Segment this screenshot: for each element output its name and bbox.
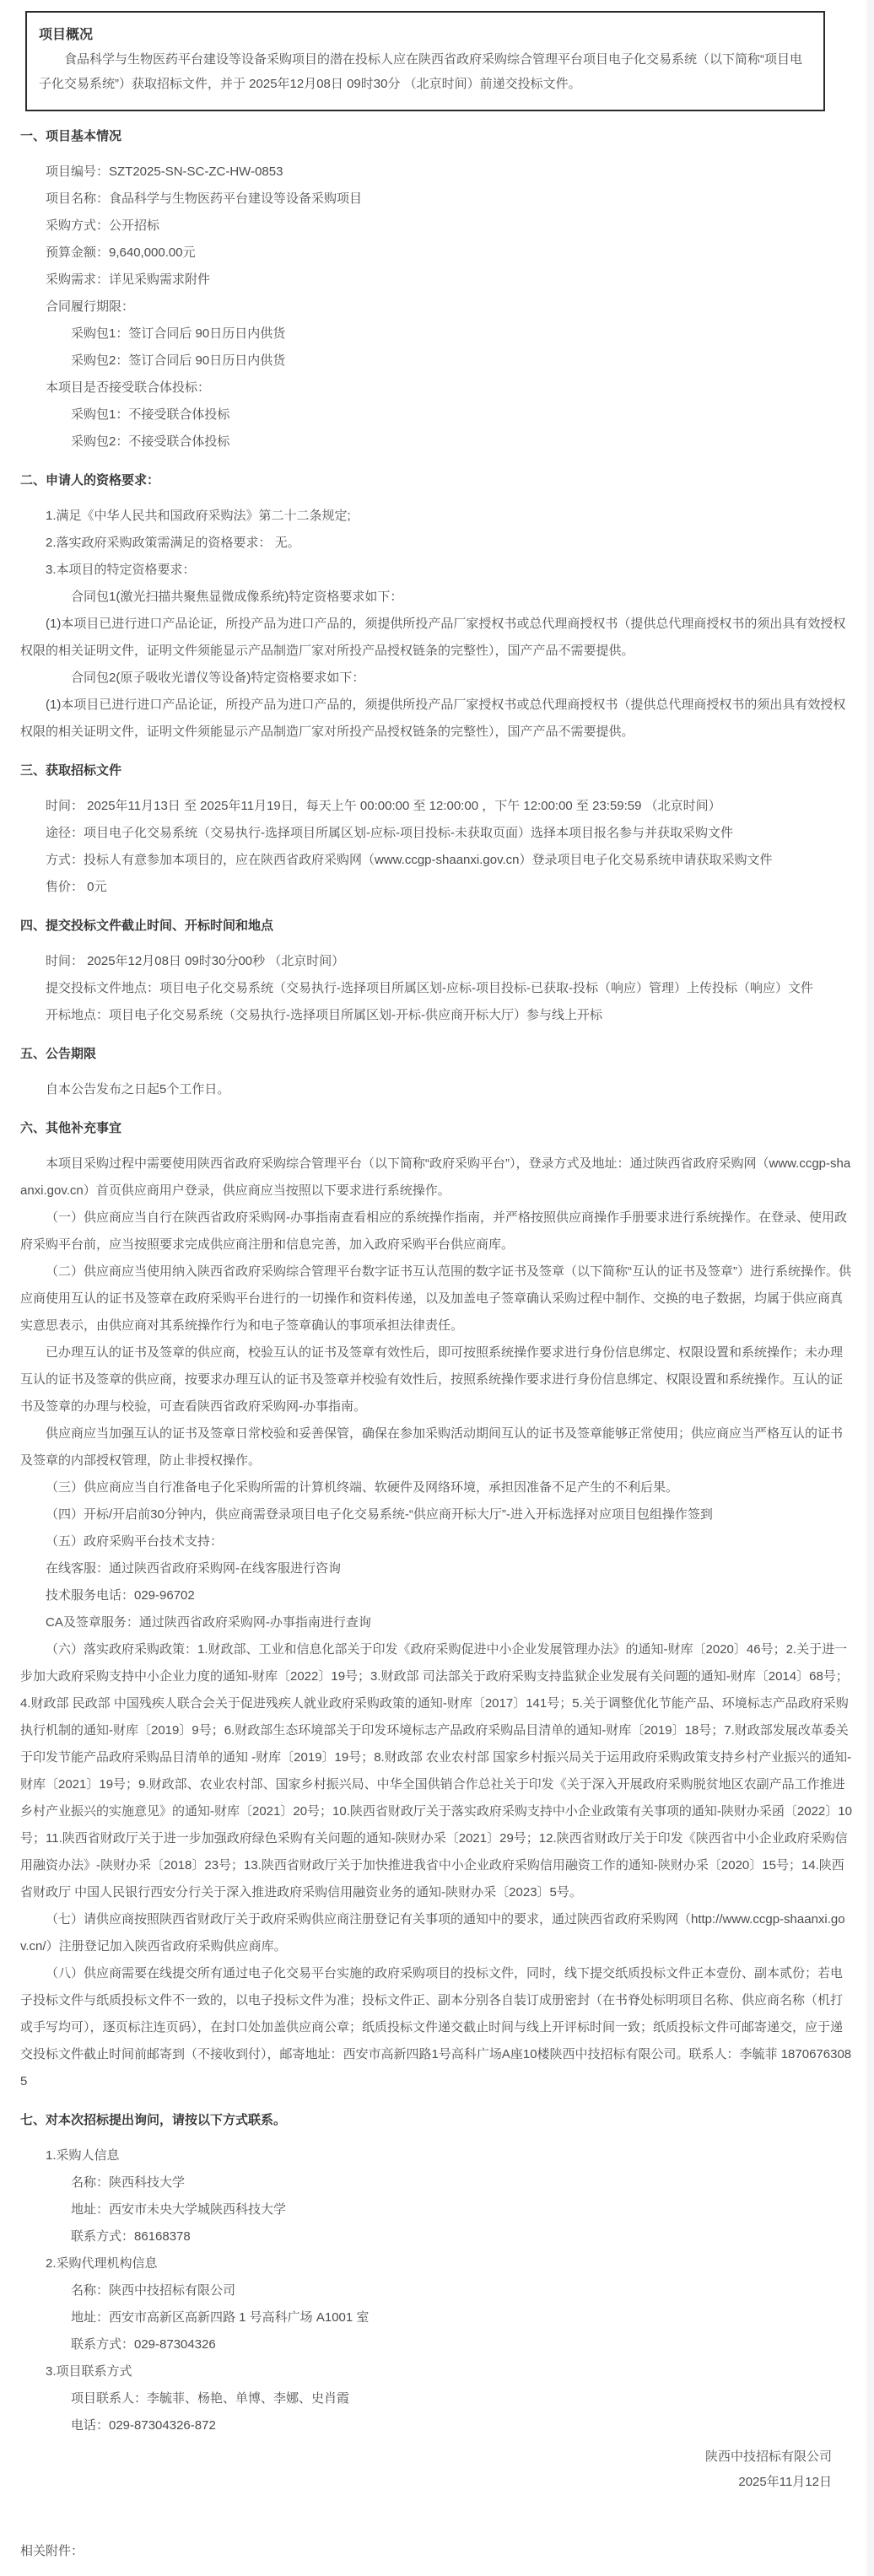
doc-line: 途径：项目电子化交易系统（交易执行-选择项目所属区划-应标-项目投标-未获取页面…	[20, 820, 852, 847]
section-lines: 1.采购人信息名称：陕西科技大学地址：西安市未央大学城陕西科技大学联系方式：86…	[20, 2142, 852, 2439]
doc-line: （七）请供应商按照陕西省财政厅关于政府采购供应商注册登记有关事项的通知中的要求，…	[20, 1906, 852, 1960]
doc-line: 供应商应当加强互认的证书及签章日常校验和妥善保管，确保在参加采购活动期间互认的证…	[20, 1420, 852, 1474]
section-basic-info: 一、项目基本情况 项目编号：SZT2025-SN-SC-ZC-HW-0853项目…	[20, 123, 852, 455]
doc-line: 售价： 0元	[20, 874, 852, 901]
overview-body: 食品科学与生物医药平台建设等设备采购项目的潜在投标人应在陕西省政府采购综合管理平…	[39, 47, 810, 96]
doc-line: 1.采购人信息	[20, 2142, 852, 2169]
doc-line: 已办理互认的证书及签章的供应商，校验互认的证书及签章有效性后，即可按照系统操作要…	[20, 1339, 852, 1420]
doc-line: 开标地点：项目电子化交易系统（交易执行-选择项目所属区划-开标-供应商开标大厅）…	[20, 1002, 852, 1029]
doc-line: 3.本项目的特定资格要求：	[20, 557, 852, 584]
doc-line: 本项目是否接受联合体投标：	[20, 375, 852, 401]
doc-line: （四）开标/开启前30分钟内，供应商需登录项目电子化交易系统-“供应商开标大厅”…	[20, 1501, 852, 1528]
signing-agency: 陕西中技招标有限公司	[20, 2444, 852, 2470]
section-lines: 项目编号：SZT2025-SN-SC-ZC-HW-0853项目名称：食品科学与生…	[20, 159, 852, 455]
doc-line: 地址：西安市高新区高新四路 1 号高科广场 A1001 室	[20, 2304, 852, 2331]
doc-line: 本项目采购过程中需要使用陕西省政府采购综合管理平台（以下简称“政府采购平台”），…	[20, 1151, 852, 1204]
section-lines: 1.满足《中华人民共和国政府采购法》第二十二条规定;2.落实政府采购政策需满足的…	[20, 503, 852, 746]
section-heading: 六、其他补充事宜	[20, 1115, 852, 1142]
doc-line: 名称：陕西科技大学	[20, 2169, 852, 2196]
section-announcement-period: 五、公告期限 自本公告发布之日起5个工作日。	[20, 1041, 852, 1103]
doc-line: （五）政府采购平台技术支持：	[20, 1528, 852, 1555]
doc-line: (1)本项目已进行进口产品论证，所投产品为进口产品的，须提供所投产品厂家授权书或…	[20, 692, 852, 746]
doc-line: CA及签章服务：通过陕西省政府采购网-办事指南进行查询	[20, 1609, 852, 1636]
section-heading: 二、申请人的资格要求：	[20, 467, 852, 494]
doc-line: 采购包1：不接受联合体投标	[20, 401, 852, 428]
doc-line: 自本公告发布之日起5个工作日。	[20, 1076, 852, 1103]
doc-line: 3.项目联系方式	[20, 2358, 852, 2385]
doc-line: 在线客服：通过陕西省政府采购网-在线客服进行咨询	[20, 1555, 852, 1582]
section-deadline-opening: 四、提交投标文件截止时间、开标时间和地点 时间： 2025年12月08日 09时…	[20, 913, 852, 1029]
section-lines: 时间： 2025年12月08日 09时30分00秒 （北京时间）提交投标文件地点…	[20, 948, 852, 1029]
tender-notice-page: 项目概况 食品科学与生物医药平台建设等设备采购项目的潜在投标人应在陕西省政府采购…	[0, 0, 874, 2576]
document-content: 项目概况 食品科学与生物医药平台建设等设备采购项目的潜在投标人应在陕西省政府采购…	[0, 0, 874, 2576]
doc-line: 采购包1：签订合同后 90日历日内供货	[20, 321, 852, 348]
doc-line: 地址：西安市未央大学城陕西科技大学	[20, 2196, 852, 2223]
signature-block: 陕西中技招标有限公司 2025年11月12日	[20, 2444, 852, 2495]
doc-line: 时间： 2025年11月13日 至 2025年11月19日，每天上午 00:00…	[20, 793, 852, 820]
doc-line: 技术服务电话：029-96702	[20, 1582, 852, 1609]
doc-line: 名称：陕西中技招标有限公司	[20, 2277, 852, 2304]
section-lines: 自本公告发布之日起5个工作日。	[20, 1076, 852, 1103]
section-other-matters: 六、其他补充事宜 本项目采购过程中需要使用陕西省政府采购综合管理平台（以下简称“…	[20, 1115, 852, 2095]
section-heading: 四、提交投标文件截止时间、开标时间和地点	[20, 913, 852, 940]
doc-line: （三）供应商应当自行准备电子化采购所需的计算机终端、软硬件及网络环境，承担因准备…	[20, 1474, 852, 1501]
doc-line: （一）供应商应当自行在陕西省政府采购网-办事指南查看相应的系统操作指南，并严格按…	[20, 1204, 852, 1258]
doc-line: 方式：投标人有意参加本项目的，应在陕西省政府采购网（www.ccgp-shaan…	[20, 847, 852, 874]
doc-line: (1)本项目已进行进口产品论证，所投产品为进口产品的，须提供所投产品厂家授权书或…	[20, 611, 852, 665]
doc-line: 2.落实政府采购政策需满足的资格要求： 无。	[20, 530, 852, 557]
doc-line: 项目名称：食品科学与生物医药平台建设等设备采购项目	[20, 186, 852, 213]
doc-line: 联系方式：029-87304326	[20, 2331, 852, 2358]
overview-title: 项目概况	[39, 23, 810, 47]
section-obtain-documents: 三、获取招标文件 时间： 2025年11月13日 至 2025年11月19日，每…	[20, 757, 852, 901]
doc-line: 提交投标文件地点：项目电子化交易系统（交易执行-选择项目所属区划-应标-项目投标…	[20, 975, 852, 1002]
section-heading: 五、公告期限	[20, 1041, 852, 1068]
scrollbar-track[interactable]	[866, 0, 874, 2576]
doc-line: 采购方式：公开招标	[20, 213, 852, 240]
doc-line: 采购包2：签订合同后 90日历日内供货	[20, 348, 852, 375]
doc-line: 预算金额：9,640,000.00元	[20, 240, 852, 267]
doc-line: 联系方式：86168378	[20, 2223, 852, 2250]
doc-line: 合同履行期限：	[20, 294, 852, 321]
doc-line: 电话：029-87304326-872	[20, 2412, 852, 2439]
doc-line: 时间： 2025年12月08日 09时30分00秒 （北京时间）	[20, 948, 852, 975]
doc-line: 项目联系人：李毓菲、杨艳、单博、李娜、史肖霞	[20, 2385, 852, 2412]
doc-line: 项目编号：SZT2025-SN-SC-ZC-HW-0853	[20, 159, 852, 186]
doc-line: 采购需求：详见采购需求附件	[20, 267, 852, 294]
attachments-label: 相关附件：	[20, 2542, 852, 2561]
section-heading: 三、获取招标文件	[20, 757, 852, 784]
section-lines: 本项目采购过程中需要使用陕西省政府采购综合管理平台（以下简称“政府采购平台”），…	[20, 1151, 852, 2095]
signing-date: 2025年11月12日	[20, 2470, 852, 2495]
project-overview-box: 项目概况 食品科学与生物医药平台建设等设备采购项目的潜在投标人应在陕西省政府采购…	[25, 11, 825, 111]
section-heading: 七、对本次招标提出询问，请按以下方式联系。	[20, 2107, 852, 2134]
section-qualification: 二、申请人的资格要求： 1.满足《中华人民共和国政府采购法》第二十二条规定;2.…	[20, 467, 852, 746]
section-lines: 时间： 2025年11月13日 至 2025年11月19日，每天上午 00:00…	[20, 793, 852, 901]
doc-line: （八）供应商需要在线提交所有通过电子化交易平台实施的政府采购项目的投标文件，同时…	[20, 1960, 852, 2095]
doc-line: 采购包2：不接受联合体投标	[20, 428, 852, 455]
doc-line: 1.满足《中华人民共和国政府采购法》第二十二条规定;	[20, 503, 852, 530]
doc-line: 合同包2(原子吸收光谱仪等设备)特定资格要求如下：	[20, 665, 852, 692]
section-contacts: 七、对本次招标提出询问，请按以下方式联系。 1.采购人信息名称：陕西科技大学地址…	[20, 2107, 852, 2439]
doc-line: （六）落实政府采购政策：1.财政部、工业和信息化部关于印发《政府采购促进中小企业…	[20, 1636, 852, 1906]
doc-line: 合同包1(激光扫描共聚焦显微成像系统)特定资格要求如下：	[20, 584, 852, 611]
doc-line: 2.采购代理机构信息	[20, 2250, 852, 2277]
doc-line: （二）供应商应当使用纳入陕西省政府采购综合管理平台数字证书互认范围的数字证书及签…	[20, 1258, 852, 1339]
section-heading: 一、项目基本情况	[20, 123, 852, 150]
